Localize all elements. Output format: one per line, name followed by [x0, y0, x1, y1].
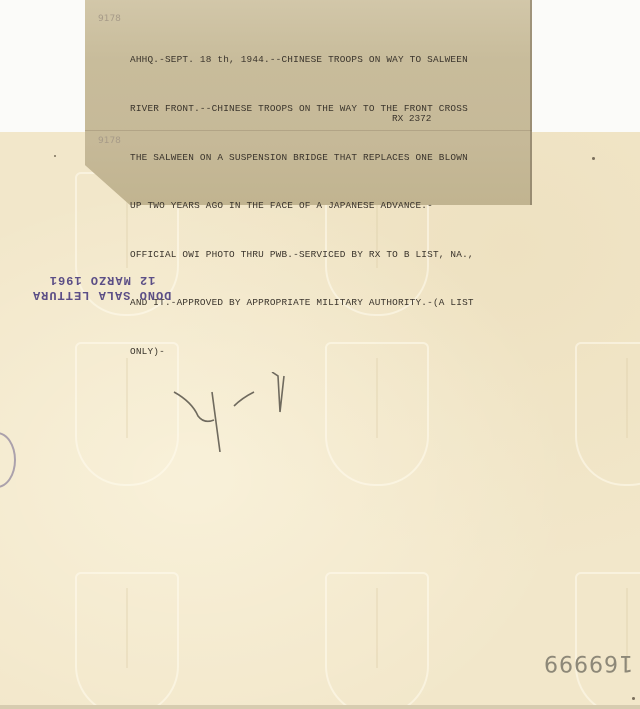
- paper-speck: [54, 155, 56, 157]
- stamp-line: DONO SALA LETTURA: [32, 287, 171, 302]
- caption-line: OFFICIAL OWI PHOTO THRU PWB.-SERVICED BY…: [130, 247, 530, 263]
- library-stamp: DONO SALA LETTURA 12 MARZO 1961: [32, 272, 171, 302]
- caption-line: AHHQ.-SEPT. 18 th, 1944.--CHINESE TROOPS…: [130, 52, 530, 68]
- watermark-shield: [75, 572, 179, 709]
- caption-line: RIVER FRONT.--CHINESE TROOPS ON THE WAY …: [130, 101, 530, 117]
- caption-line: ONLY)-: [130, 344, 530, 360]
- watermark-shield: [325, 572, 429, 709]
- clipping-edge: [530, 0, 532, 205]
- caption-line: AND IT.-APPROVED BY APPROPRIATE MILITARY…: [130, 295, 530, 311]
- watermark-shield: [575, 572, 640, 709]
- inventory-number: 169999: [543, 650, 633, 675]
- watermark-shield: [575, 342, 640, 486]
- typed-caption: AHHQ.-SEPT. 18 th, 1944.--CHINESE TROOPS…: [130, 20, 530, 376]
- paper-speck: [592, 157, 595, 160]
- stamp-line: 12 MARZO 1961: [32, 272, 171, 287]
- paper-edge: [0, 705, 640, 709]
- paper-speck: [632, 697, 635, 700]
- handwritten-mark: [172, 372, 292, 452]
- reference-code: RX 2372: [392, 113, 431, 124]
- pencil-note: 9178: [98, 136, 121, 146]
- caption-line: UP TWO YEARS AGO IN THE FACE OF A JAPANE…: [130, 198, 530, 214]
- caption-line: THE SALWEEN ON A SUSPENSION BRIDGE THAT …: [130, 150, 530, 166]
- pencil-note: 9178: [98, 14, 121, 24]
